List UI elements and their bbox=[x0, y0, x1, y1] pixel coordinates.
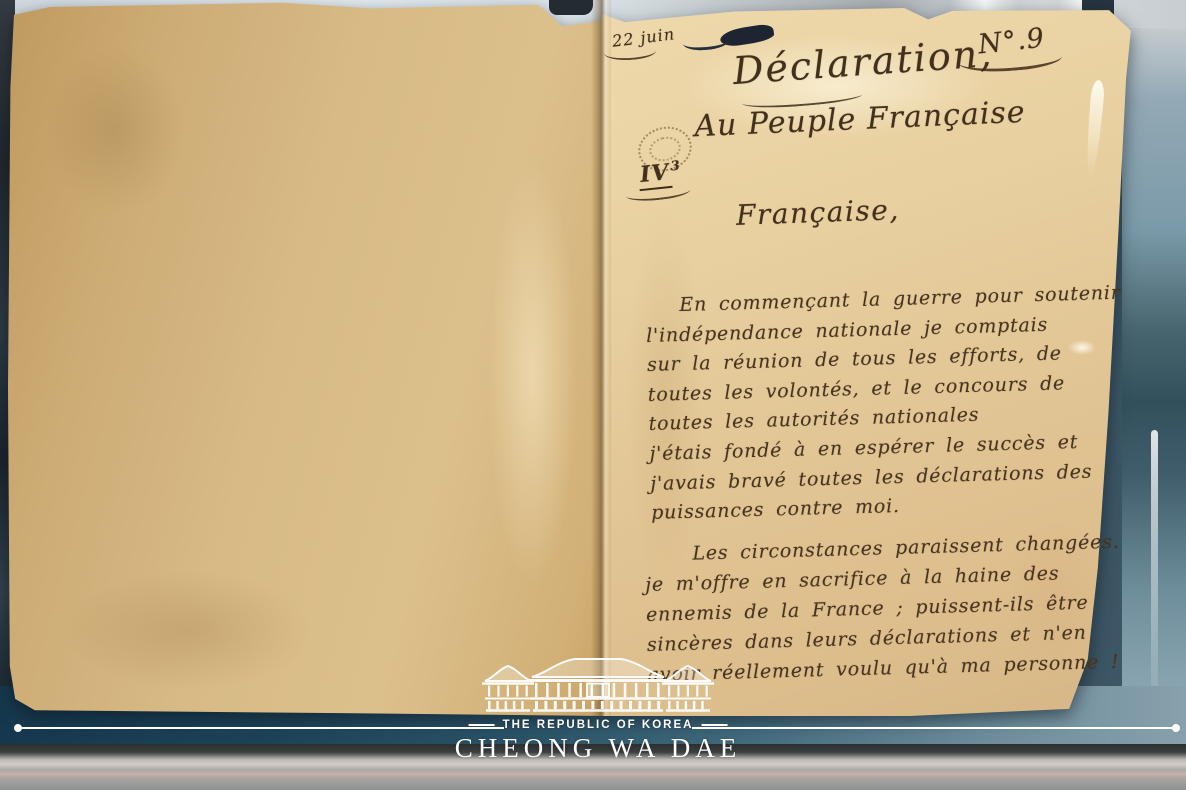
cheong-wa-dae-label: CHEONG WA DAE bbox=[455, 733, 742, 764]
page-gap-notch bbox=[549, 0, 593, 15]
exhibit-photo: 22 juin Déclaration, N°.9 Au Peuple Fran… bbox=[0, 0, 1186, 790]
caption-dash-left bbox=[469, 724, 495, 726]
caption-dash-right bbox=[701, 724, 727, 726]
body-paragraph-2: Les circonstances paraissent changées. j… bbox=[644, 526, 1162, 690]
republic-of-korea-label: THE REPUBLIC OF KOREA bbox=[503, 719, 694, 731]
body-paragraph-1: En commençant la guerre pour soutenir l'… bbox=[645, 278, 1161, 529]
salutation: Française, bbox=[735, 193, 900, 232]
archive-mark-number: 3 bbox=[670, 158, 682, 174]
watermark-rule-left bbox=[22, 727, 504, 729]
watermark-small-caption-row: THE REPUBLIC OF KOREA bbox=[469, 719, 728, 731]
blue-house-icon bbox=[479, 654, 717, 716]
left-page-blank bbox=[8, 2, 604, 716]
watermark-rule-right bbox=[692, 727, 1172, 729]
